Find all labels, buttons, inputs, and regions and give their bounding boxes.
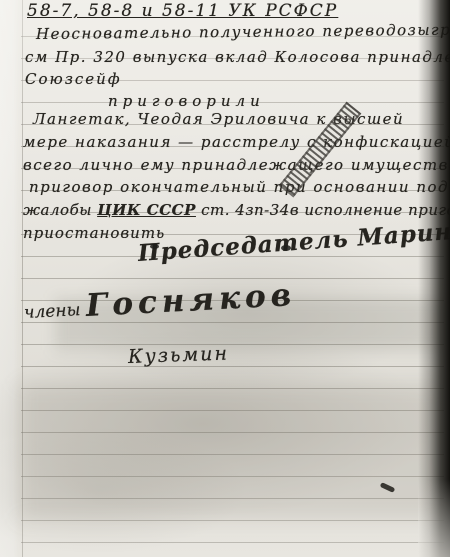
ink-blot [281, 245, 291, 251]
signature-members-label: члены [23, 300, 80, 323]
margin-line [22, 0, 23, 557]
book-spine-shadow [418, 0, 450, 557]
ink-blot [150, 244, 159, 249]
handwritten-line-articles: 58-7, 58-8 и 58-11 УК РСФСР [27, 1, 338, 21]
handwritten-heading-verdict: приговорили [108, 92, 265, 110]
handwritten-line: приговор окончательный при основании под… [29, 178, 450, 196]
handwritten-line: всего лично ему принадлежащего имущества [23, 156, 450, 174]
page-left-edge [0, 0, 19, 557]
signature-member-2: Кузьмин [128, 342, 230, 368]
scanned-document-page: 58-7, 58-8 и 58-11 УК РСФСР Неоснователь… [0, 0, 450, 557]
underlined-word: ЦИК СССР [97, 201, 196, 219]
handwritten-line: см Пр. 320 выпуска вклад Колосова принад… [25, 48, 450, 66]
handwritten-line: мере наказания — расстрелу с конфискацие… [23, 133, 450, 151]
handwritten-line: Союзсейф [25, 70, 122, 88]
line-text: жалобы [23, 201, 97, 219]
line-text: ст. 4зп-34в исполнение приговора [196, 201, 450, 219]
handwritten-line: жалобы ЦИК СССР ст. 4зп-34в исполнение п… [23, 201, 450, 219]
